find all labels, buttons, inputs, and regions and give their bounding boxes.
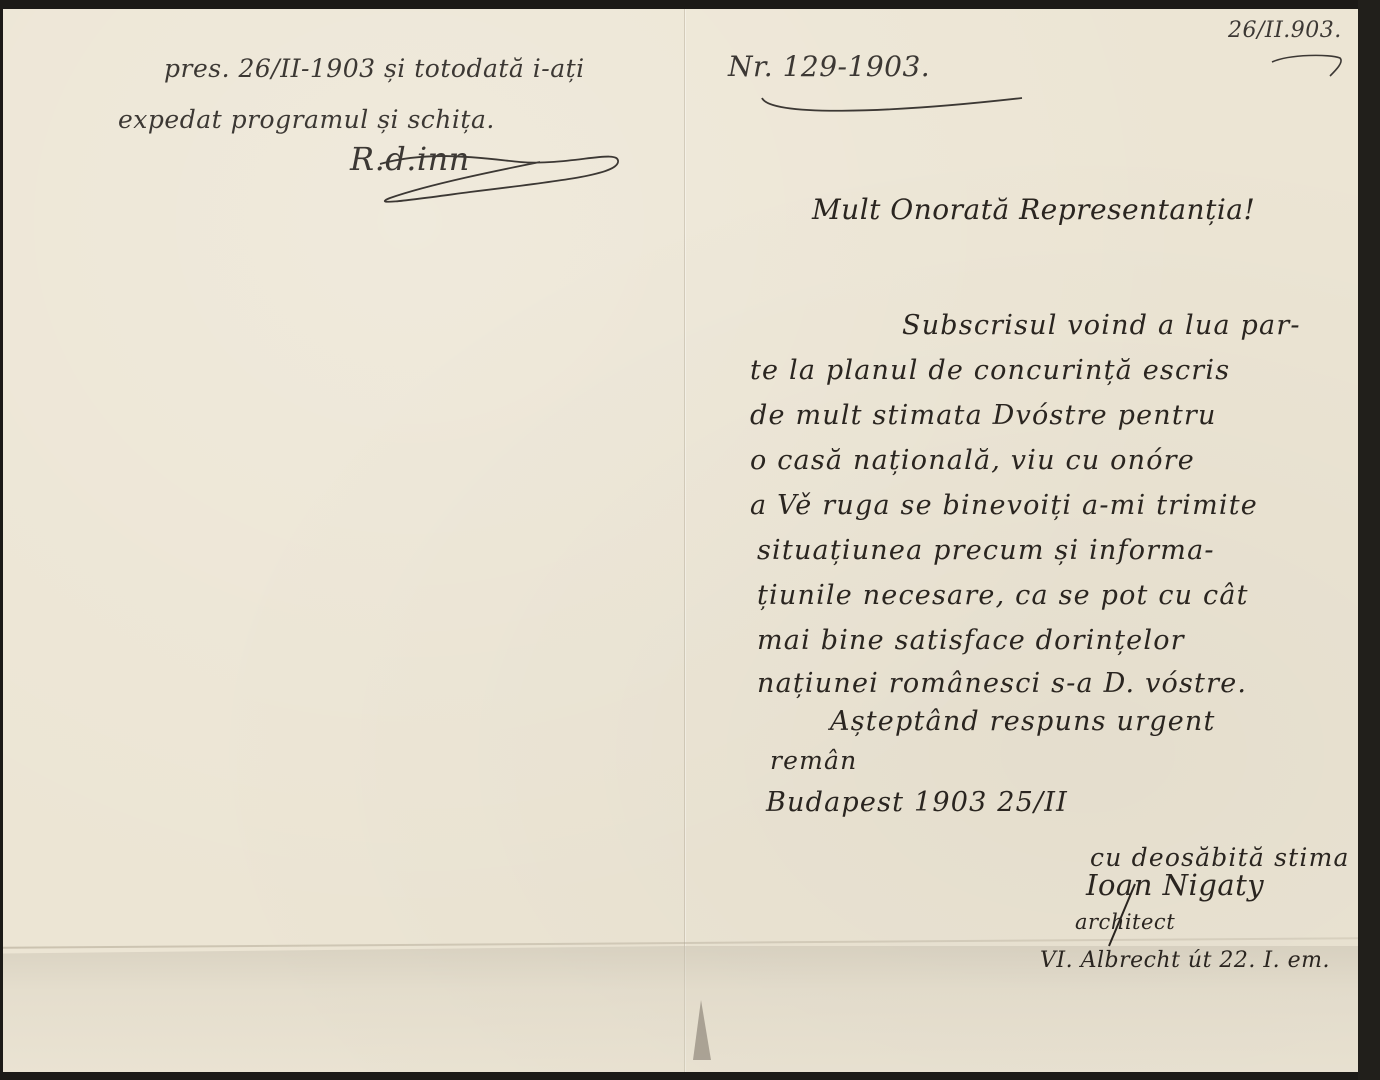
annotation-line-2: expedat programul și schița. <box>118 105 495 134</box>
body-line-7: țiunile necesare, ca se pot cu cât <box>757 580 1249 611</box>
body-line-8: mai bine satisface dorințelor <box>757 625 1185 656</box>
body-line-4: o casă națională, viu cu onóre <box>750 445 1195 476</box>
date-flourish <box>1270 50 1350 80</box>
salutation: Mult Onorată Representanția! <box>812 193 1255 226</box>
body-line-5: a Vě ruga se binevoiți a-mi trimite <box>750 490 1258 521</box>
corner-crease-shadow <box>693 1000 711 1060</box>
sender-address: VI. Albrecht út 22. I. em. <box>1040 948 1330 973</box>
body-line-9: națiunei românesci s-a D. vóstre. <box>757 668 1247 699</box>
closing-line-1: Așteptând respuns urgent <box>830 706 1216 737</box>
registry-number: Nr. 129-1903. <box>728 50 930 83</box>
annotation-line-1: pres. 26/II-1903 și totodată i-ați <box>164 54 585 83</box>
body-line-6: situațiunea precum și informa- <box>757 535 1215 566</box>
registry-underline <box>760 90 1030 120</box>
signature-title: architect <box>1075 910 1175 934</box>
signature-flourish <box>370 140 630 210</box>
body-line-1: Subscrisul voind a lua par- <box>902 310 1301 341</box>
received-date: 26/II.903. <box>1228 18 1342 43</box>
scan-border-right <box>1358 0 1380 1080</box>
place-and-date: Budapest 1903 25/II <box>766 787 1068 818</box>
scanned-document: pres. 26/II-1903 și totodată i-ați exped… <box>0 0 1380 1080</box>
closing-line-2: remân <box>770 746 857 775</box>
body-line-2: te la planul de concurință escris <box>750 355 1230 386</box>
center-fold <box>684 9 685 1072</box>
body-line-3: de mult stimata Dvóstre pentru <box>750 400 1217 431</box>
